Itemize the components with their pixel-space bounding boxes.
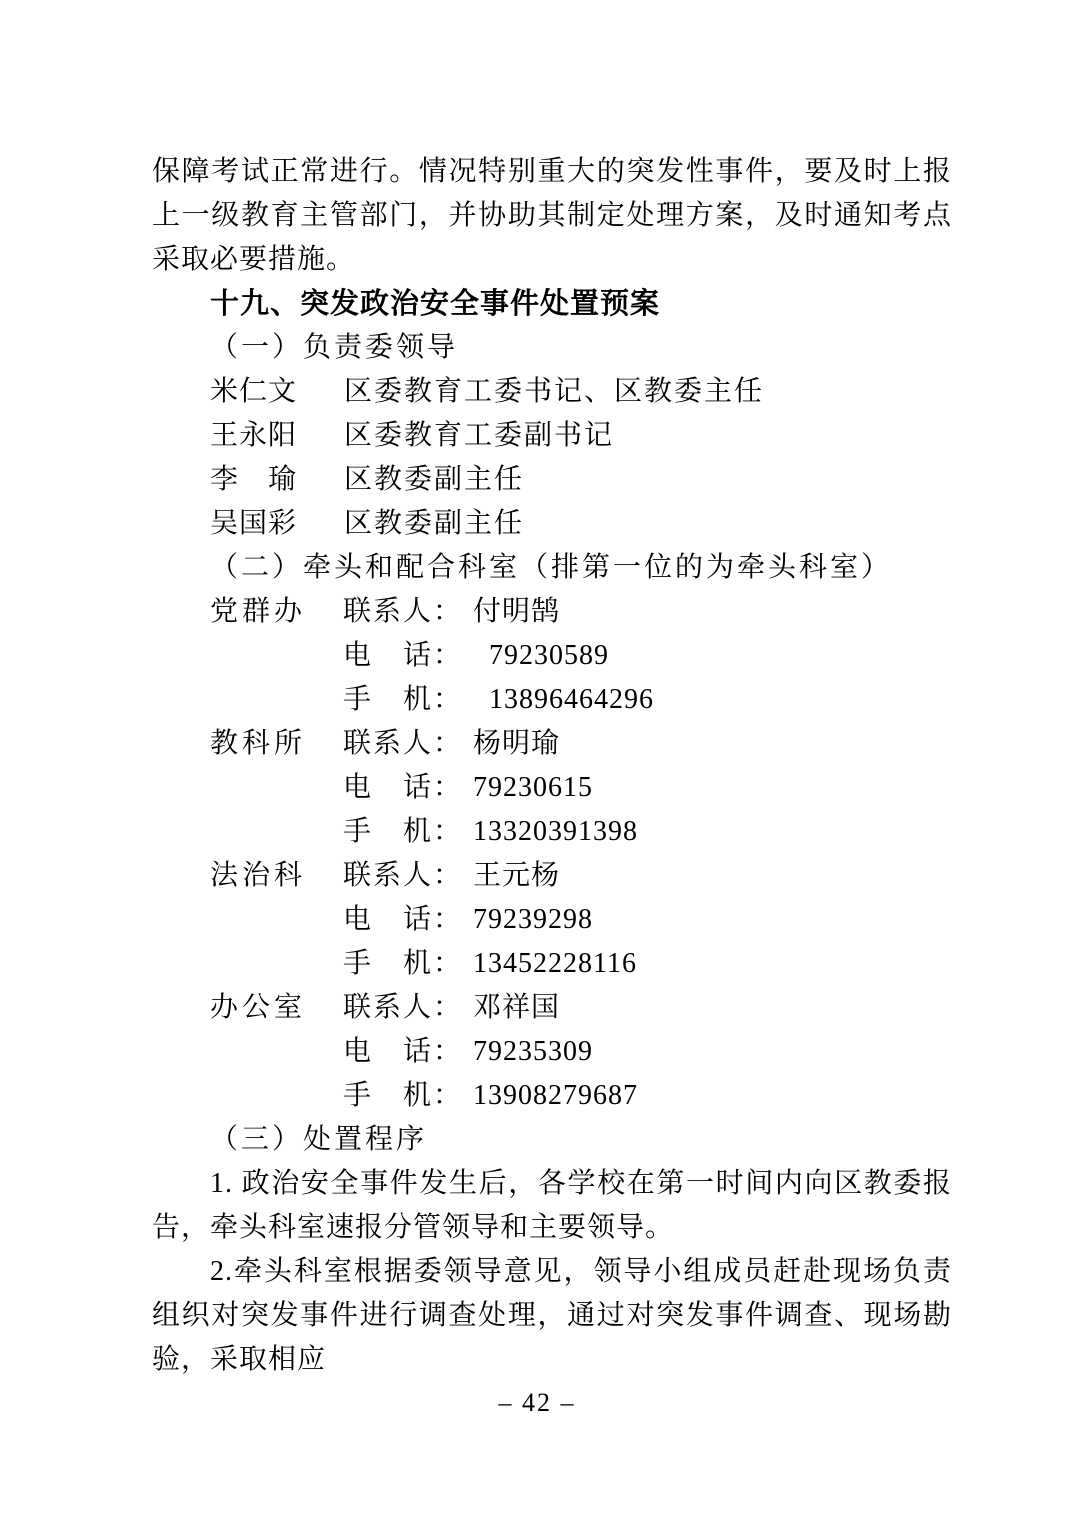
page-number: – 42 – bbox=[0, 1386, 1074, 1420]
department-name: 办公室 bbox=[210, 986, 343, 1030]
contact-name: 付明鹄 bbox=[473, 590, 560, 634]
department-name-spacer bbox=[210, 1074, 343, 1118]
leader-title: 区委教育工委书记、区教委主任 bbox=[344, 370, 764, 414]
mobile-number: 13896464296 bbox=[473, 678, 654, 722]
document-content: 保障考试正常进行。情况特别重大的突发性事件，要及时上报上一级教育主管部门，并协助… bbox=[152, 150, 952, 1382]
leader-row: 李 瑜 区教委副主任 bbox=[152, 458, 952, 502]
department-mobile-row: 手 机： 13908279687 bbox=[152, 1074, 952, 1118]
department-name-spacer bbox=[210, 942, 343, 986]
subsection-2-title: （二）牵头和配合科室（排第一位的为牵头科室） bbox=[152, 546, 952, 590]
department-contact-row: 法治科 联系人： 王元杨 bbox=[152, 854, 952, 898]
leader-title: 区委教育工委副书记 bbox=[344, 414, 614, 458]
department-name-spacer bbox=[210, 810, 343, 854]
leader-row: 米仁文 区委教育工委书记、区教委主任 bbox=[152, 370, 952, 414]
department-name-spacer bbox=[210, 634, 343, 678]
department-name: 法治科 bbox=[210, 854, 343, 898]
contact-label: 联系人： bbox=[343, 854, 463, 898]
contact-label: 联系人： bbox=[343, 722, 463, 766]
leader-name: 王永阳 bbox=[210, 414, 308, 458]
contact-label: 联系人： bbox=[343, 986, 463, 1030]
procedure-step-2: 2.牵头科室根据委领导意见，领导小组成员赶赴现场负责组织对突发事件进行调查处理，… bbox=[152, 1250, 952, 1382]
department-block: 法治科 联系人： 王元杨 电 话： 79239298 手 机： 13452228… bbox=[152, 854, 952, 986]
mobile-label: 手 机： bbox=[343, 942, 463, 986]
leader-row: 吴国彩 区教委副主任 bbox=[152, 502, 952, 546]
department-block: 党群办 联系人： 付明鹄 电 话： 79230589 手 机： 13896464… bbox=[152, 590, 952, 722]
department-mobile-row: 手 机： 13896464296 bbox=[152, 678, 952, 722]
mobile-label: 手 机： bbox=[343, 678, 463, 722]
subsection-1-title: （一）负责委领导 bbox=[152, 326, 952, 370]
department-phone-row: 电 话： 79230589 bbox=[152, 634, 952, 678]
mobile-number: 13320391398 bbox=[473, 810, 638, 854]
department-contact-row: 办公室 联系人： 邓祥国 bbox=[152, 986, 952, 1030]
department-contact-row: 党群办 联系人： 付明鹄 bbox=[152, 590, 952, 634]
mobile-label: 手 机： bbox=[343, 1074, 463, 1118]
department-name-spacer bbox=[210, 1030, 343, 1074]
phone-label: 电 话： bbox=[343, 1030, 463, 1074]
mobile-number: 13908279687 bbox=[473, 1074, 638, 1118]
phone-number: 79230589 bbox=[473, 634, 609, 678]
phone-label: 电 话： bbox=[343, 634, 463, 678]
subsection-3-title: （三）处置程序 bbox=[152, 1118, 952, 1162]
department-name-spacer bbox=[210, 766, 343, 810]
leader-row: 王永阳 区委教育工委副书记 bbox=[152, 414, 952, 458]
mobile-number: 13452228116 bbox=[473, 942, 637, 986]
department-contact-row: 教科所 联系人： 杨明瑜 bbox=[152, 722, 952, 766]
contact-label: 联系人： bbox=[343, 590, 463, 634]
phone-number: 79230615 bbox=[473, 766, 593, 810]
contact-name: 王元杨 bbox=[473, 854, 560, 898]
department-name-spacer bbox=[210, 898, 343, 942]
department-block: 办公室 联系人： 邓祥国 电 话： 79235309 手 机： 13908279… bbox=[152, 986, 952, 1118]
leader-name: 米仁文 bbox=[210, 370, 308, 414]
procedure-step-1: 1. 政治安全事件发生后，各学校在第一时间内向区教委报告，牵头科室速报分管领导和… bbox=[152, 1162, 952, 1250]
section-title: 十九、突发政治安全事件处置预案 bbox=[152, 282, 952, 326]
phone-number: 79235309 bbox=[473, 1030, 593, 1074]
contact-name: 邓祥国 bbox=[473, 986, 560, 1030]
leader-name: 李 瑜 bbox=[210, 458, 308, 502]
department-phone-row: 电 话： 79239298 bbox=[152, 898, 952, 942]
contact-name: 杨明瑜 bbox=[473, 722, 560, 766]
department-mobile-row: 手 机： 13320391398 bbox=[152, 810, 952, 854]
department-name: 教科所 bbox=[210, 722, 343, 766]
department-name-spacer bbox=[210, 678, 343, 722]
leader-name: 吴国彩 bbox=[210, 502, 308, 546]
department-mobile-row: 手 机： 13452228116 bbox=[152, 942, 952, 986]
department-block: 教科所 联系人： 杨明瑜 电 话： 79230615 手 机： 13320391… bbox=[152, 722, 952, 854]
intro-paragraph: 保障考试正常进行。情况特别重大的突发性事件，要及时上报上一级教育主管部门，并协助… bbox=[152, 150, 952, 282]
department-phone-row: 电 话： 79230615 bbox=[152, 766, 952, 810]
phone-number: 79239298 bbox=[473, 898, 593, 942]
phone-label: 电 话： bbox=[343, 898, 463, 942]
department-phone-row: 电 话： 79235309 bbox=[152, 1030, 952, 1074]
document-page: 保障考试正常进行。情况特别重大的突发性事件，要及时上报上一级教育主管部门，并协助… bbox=[0, 0, 1074, 1520]
leader-title: 区教委副主任 bbox=[344, 458, 524, 502]
phone-label: 电 话： bbox=[343, 766, 463, 810]
department-name: 党群办 bbox=[210, 590, 343, 634]
leader-title: 区教委副主任 bbox=[344, 502, 524, 546]
mobile-label: 手 机： bbox=[343, 810, 463, 854]
